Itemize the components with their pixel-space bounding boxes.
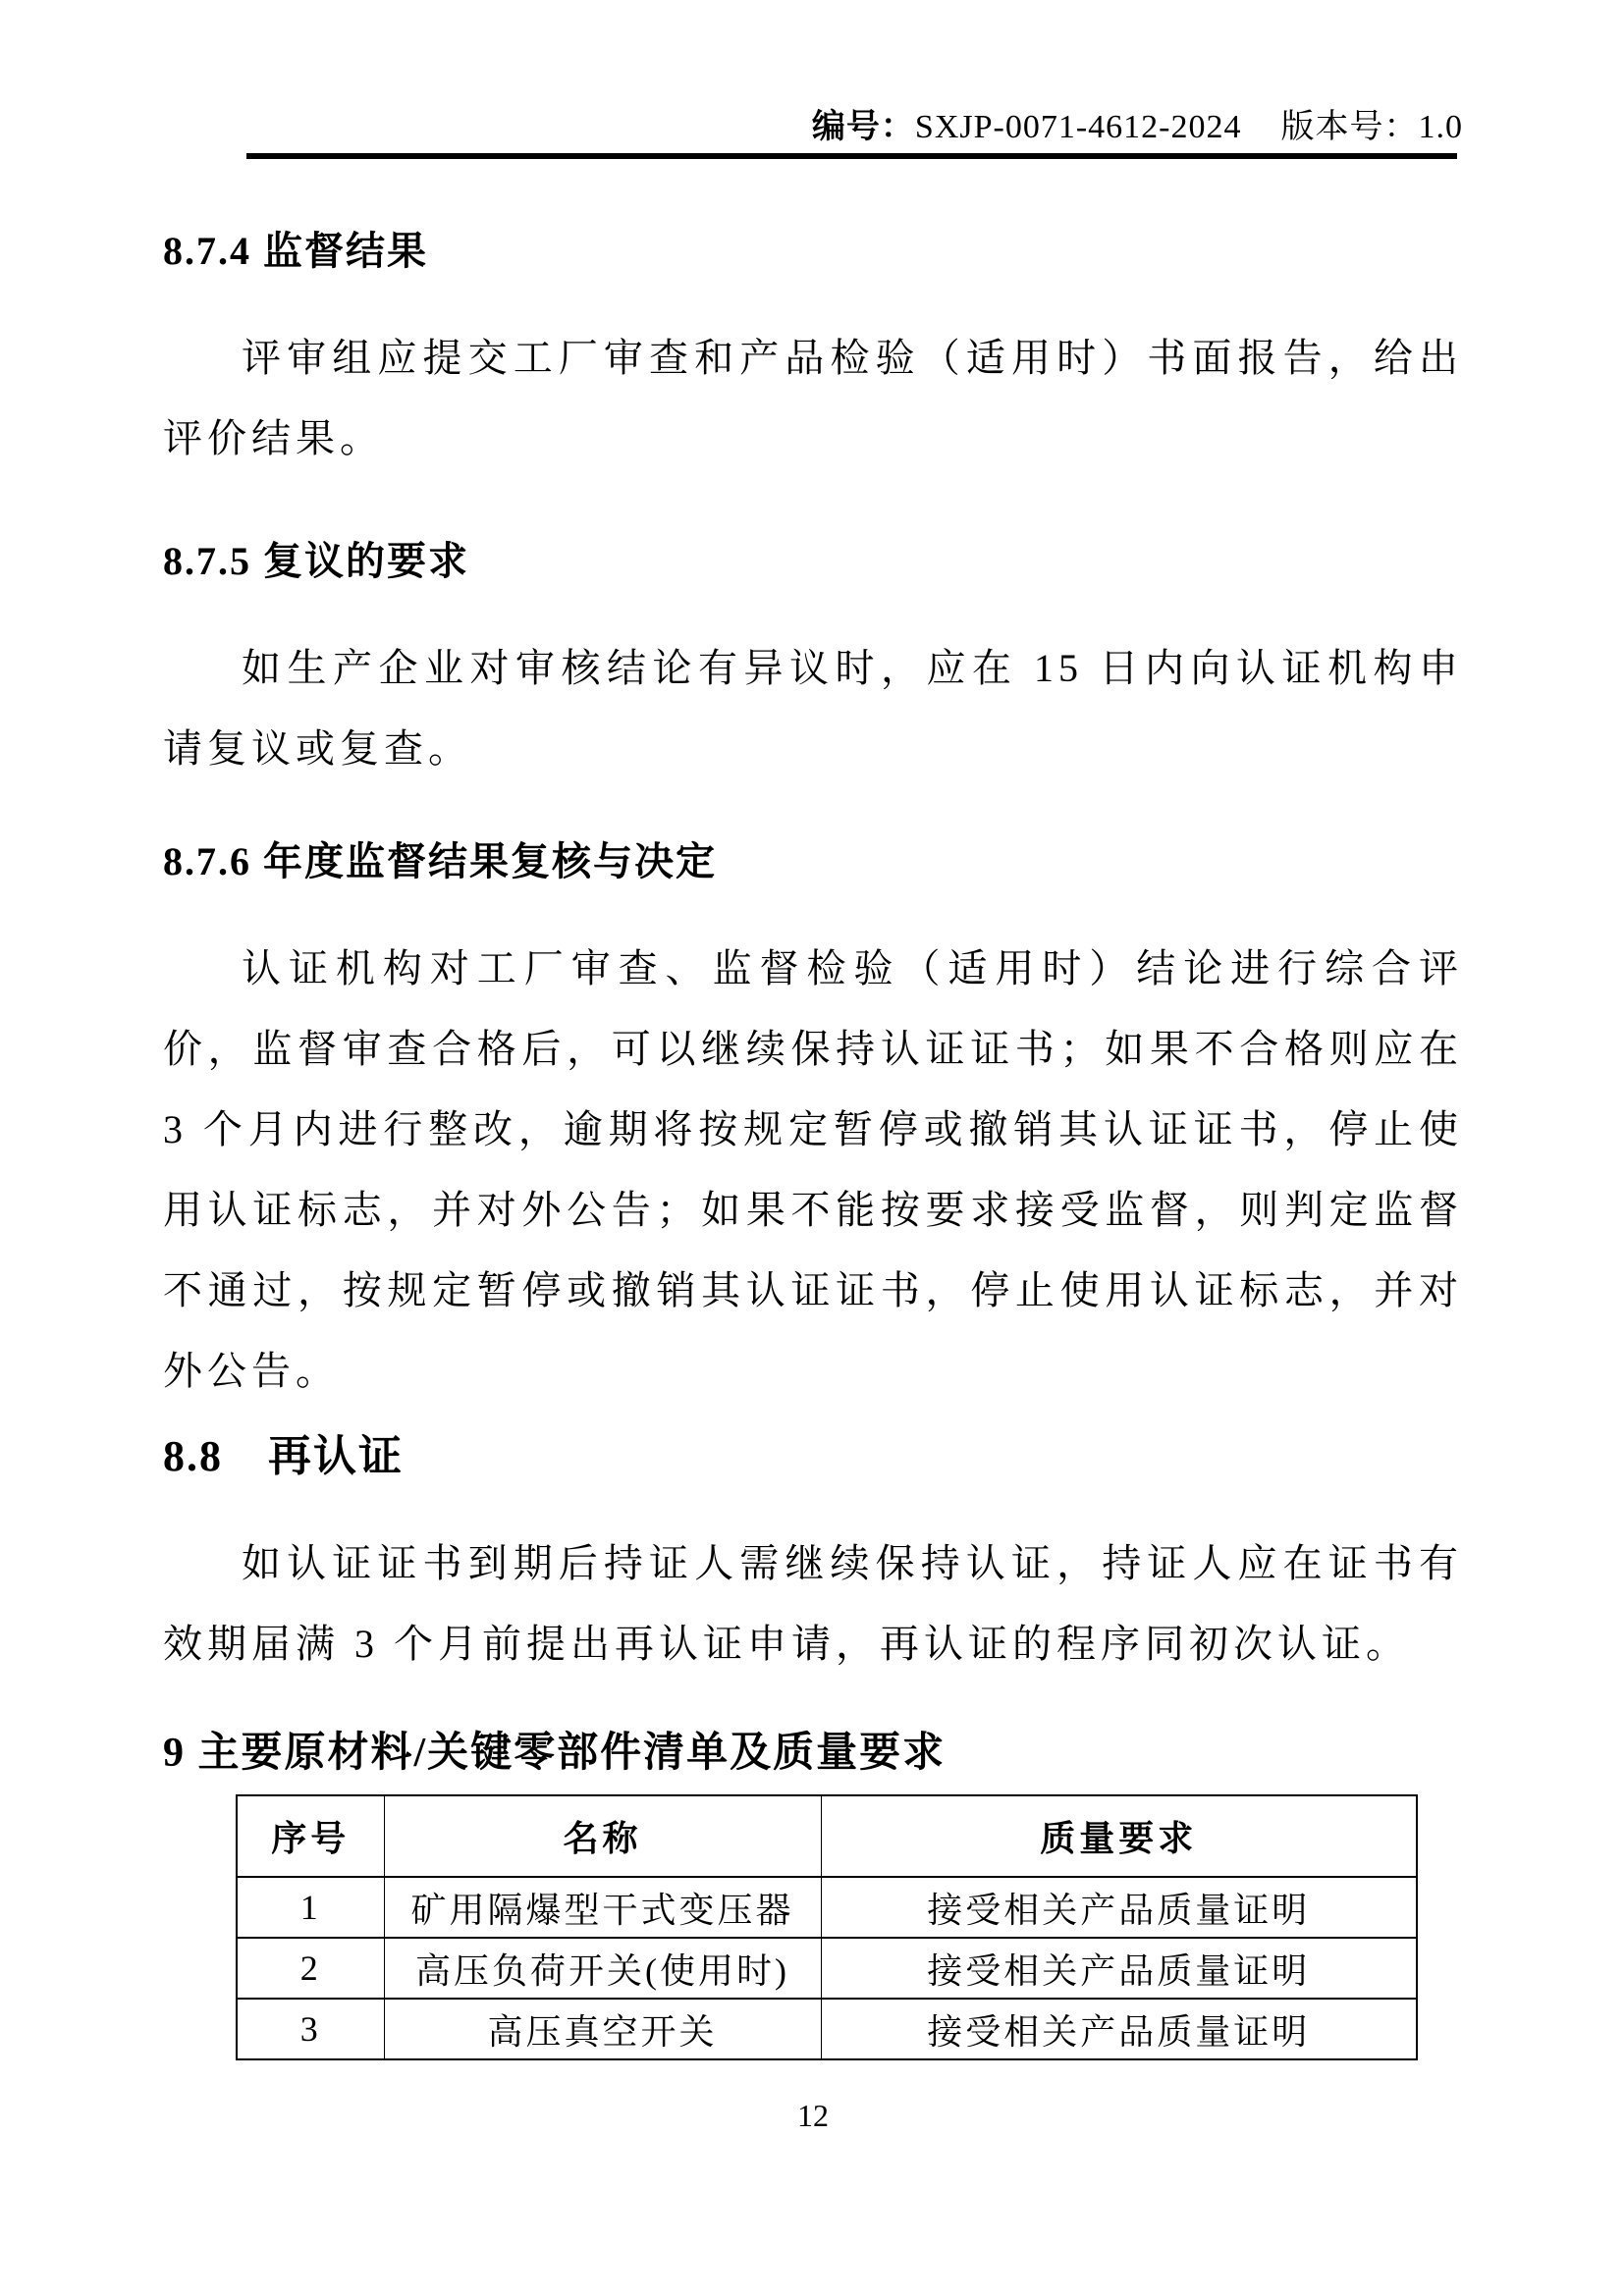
- table-cell-name: 高压负荷开关(使用时): [384, 1938, 821, 1999]
- table-header-quality: 质量要求: [821, 1795, 1417, 1877]
- page-number: 12: [163, 2096, 1463, 2135]
- header-divider-rule: [246, 153, 1457, 159]
- version-label: 版本号：: [1281, 109, 1419, 145]
- table-cell-index: 3: [237, 1999, 384, 2059]
- section-paragraph-8-7-5: 如生产企业对审核结论有异议时，应在 15 日内向认证机构申请复议或复查。: [163, 628, 1463, 789]
- table-cell-quality: 接受相关产品质量证明: [821, 1938, 1417, 1999]
- table-row: 2 高压负荷开关(使用时) 接受相关产品质量证明: [237, 1938, 1417, 1999]
- document-header: 编号：SXJP-0071-4612-2024版本号：1.0: [163, 106, 1463, 149]
- document-page: 编号：SXJP-0071-4612-2024版本号：1.0 8.7.4 监督结果…: [0, 0, 1624, 2296]
- section-paragraph-8-7-4: 评审组应提交工厂审查和产品检验（适用时）书面报告，给出评价结果。: [163, 318, 1463, 479]
- doc-number-label: 编号：: [812, 109, 915, 145]
- doc-number-value: SXJP-0071-4612-2024: [915, 109, 1242, 145]
- table-cell-index: 1: [237, 1877, 384, 1938]
- table-header-row: 序号 名称 质量要求: [237, 1795, 1417, 1877]
- table-cell-name: 高压真空开关: [384, 1999, 821, 2059]
- materials-table: 序号 名称 质量要求 1 矿用隔爆型干式变压器 接受相关产品质量证明 2 高压负…: [236, 1794, 1418, 2060]
- section-heading-9: 9 主要原材料/关键零部件清单及质量要求: [163, 1728, 1463, 1779]
- table-header-index: 序号: [237, 1795, 384, 1877]
- table-cell-index: 2: [237, 1938, 384, 1999]
- section-heading-8-8: 8.8 再认证: [163, 1431, 1463, 1482]
- section-paragraph-8-8: 如认证证书到期后持证人需继续保持认证，持证人应在证书有效期届满 3 个月前提出再…: [163, 1523, 1463, 1684]
- table-cell-quality: 接受相关产品质量证明: [821, 1877, 1417, 1938]
- table-cell-name: 矿用隔爆型干式变压器: [384, 1877, 821, 1938]
- version-value: 1.0: [1419, 109, 1464, 145]
- section-heading-8-7-4: 8.7.4 监督结果: [163, 226, 1463, 277]
- table-row: 3 高压真空开关 接受相关产品质量证明: [237, 1999, 1417, 2059]
- table-row: 1 矿用隔爆型干式变压器 接受相关产品质量证明: [237, 1877, 1417, 1938]
- section-paragraph-8-7-6: 认证机构对工厂审查、监督检验（适用时）结论进行综合评价，监督审查合格后，可以继续…: [163, 929, 1463, 1412]
- section-heading-8-7-5: 8.7.5 复议的要求: [163, 536, 1463, 587]
- table-cell-quality: 接受相关产品质量证明: [821, 1999, 1417, 2059]
- table-header-name: 名称: [384, 1795, 821, 1877]
- section-heading-8-7-6: 8.7.6 年度监督结果复核与决定: [163, 836, 1463, 887]
